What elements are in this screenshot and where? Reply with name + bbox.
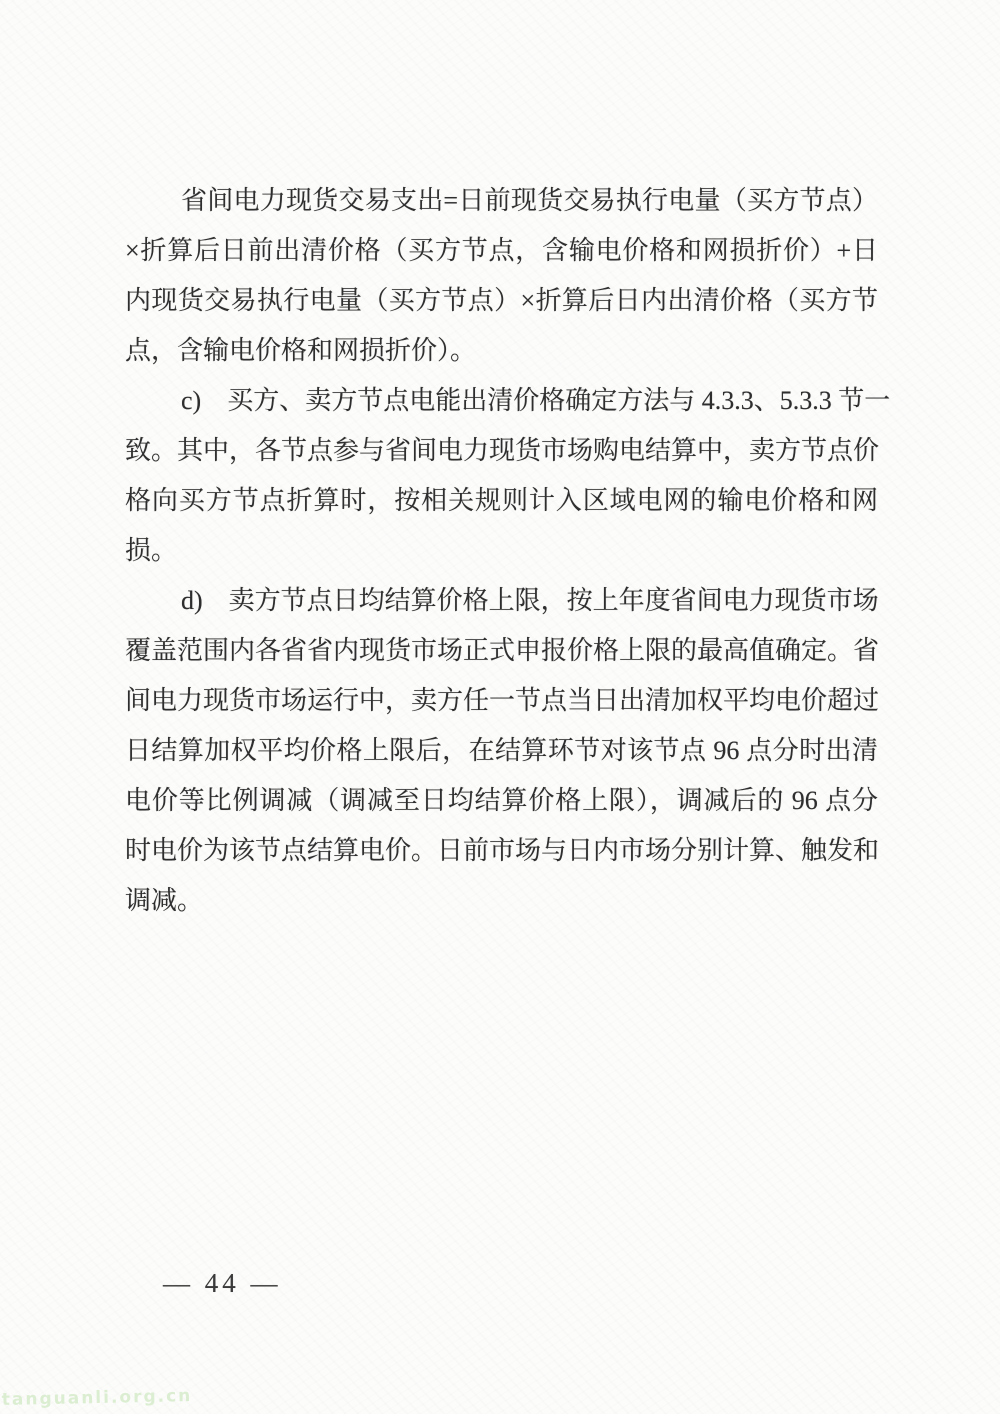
text-line: 格向买方节点折算时，按相关规则计入区域电网的输电价格和网	[125, 476, 878, 526]
paragraph-item-c: c) 买方、卖方节点电能出清价格确定方法与 4.3.3、5.3.3 节一 致。其…	[125, 376, 878, 576]
page-number: — 44 —	[163, 1259, 282, 1307]
text-line: 覆盖范围内各省省内现货市场正式申报价格上限的最高值确定。省	[125, 626, 878, 676]
text-line: 调减。	[125, 876, 878, 926]
text-line: 省间电力现货交易支出=日前现货交易执行电量（买方节点）	[125, 176, 878, 226]
watermark: tanguanli.org.cn	[2, 1386, 193, 1410]
text-line: d) 卖方节点日均结算价格上限，按上年度省间电力现货市场	[125, 576, 878, 626]
text-line: 损。	[125, 526, 878, 576]
text-line: ×折算后日前出清价格（买方节点，含输电价格和网损折价）+日	[125, 226, 878, 276]
text-line: 致。其中，各节点参与省间电力现货市场购电结算中，卖方节点价	[125, 426, 878, 476]
text-line: 点，含输电价格和网损折价）。	[125, 326, 878, 376]
paragraph-intercompany-spot-expenditure: 省间电力现货交易支出=日前现货交易执行电量（买方节点） ×折算后日前出清价格（买…	[125, 176, 878, 376]
text-line: 电价等比例调减（调减至日均结算价格上限），调减后的 96 点分	[125, 776, 878, 826]
document-page: 省间电力现货交易支出=日前现货交易执行电量（买方节点） ×折算后日前出清价格（买…	[0, 0, 1000, 1414]
body-text: 省间电力现货交易支出=日前现货交易执行电量（买方节点） ×折算后日前出清价格（买…	[125, 176, 878, 926]
text-line: c) 买方、卖方节点电能出清价格确定方法与 4.3.3、5.3.3 节一	[125, 376, 878, 426]
text-line: 间电力现货市场运行中，卖方任一节点当日出清加权平均电价超过	[125, 676, 878, 726]
text-line: 日结算加权平均价格上限后，在结算环节对该节点 96 点分时出清	[125, 726, 878, 776]
text-line: 内现货交易执行电量（买方节点）×折算后日内出清价格（买方节	[125, 276, 878, 326]
text-line: 时电价为该节点结算电价。日前市场与日内市场分别计算、触发和	[125, 826, 878, 876]
paragraph-item-d: d) 卖方节点日均结算价格上限，按上年度省间电力现货市场 覆盖范围内各省省内现货…	[125, 576, 878, 926]
